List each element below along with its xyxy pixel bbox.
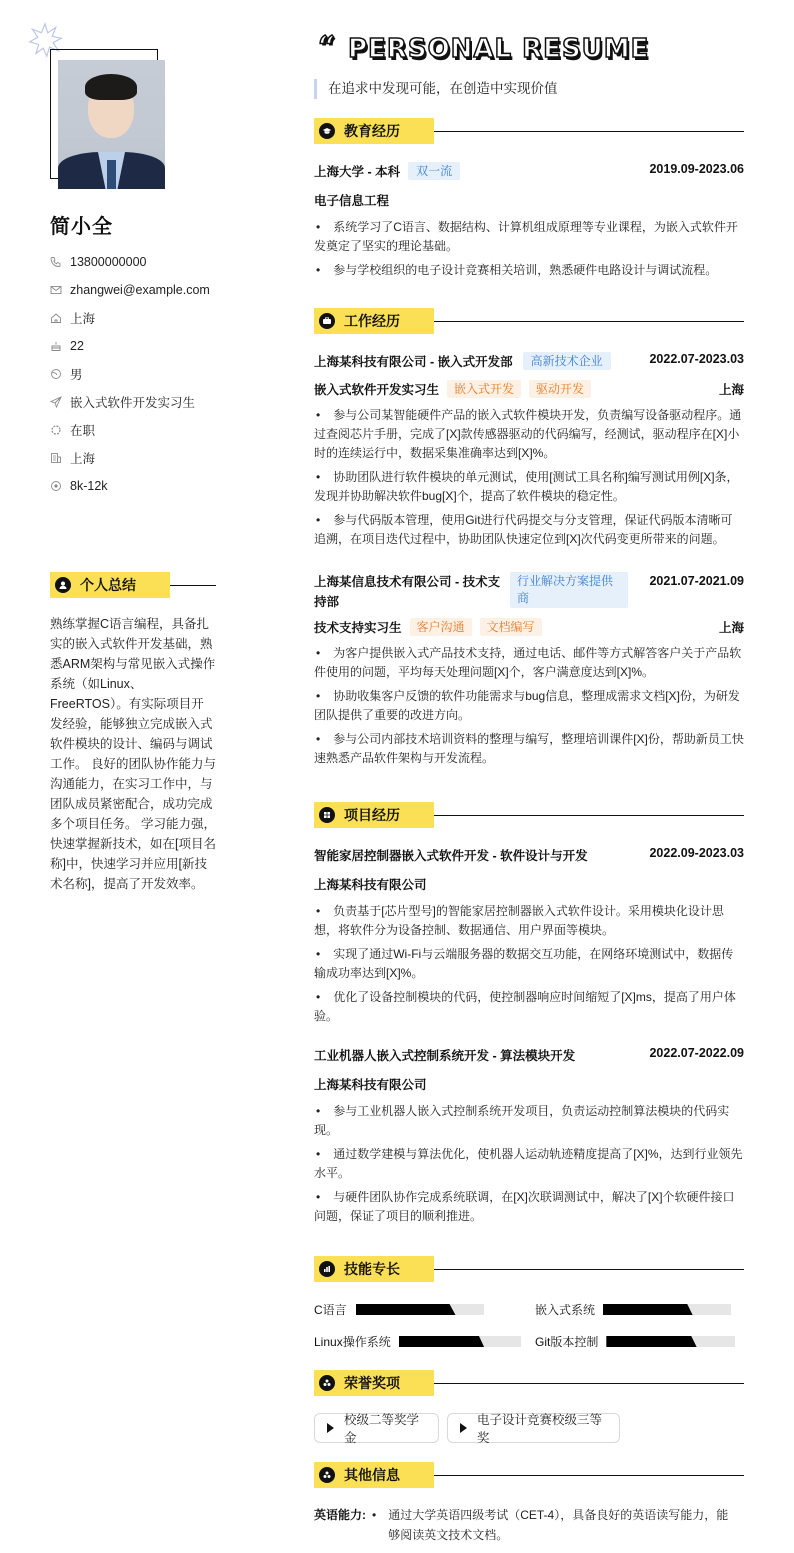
role-title: 嵌入式软件开发实习生 <box>314 380 439 398</box>
candidate-name: 简小全 <box>50 210 113 239</box>
project-date: 2022.09-2023.03 <box>649 846 744 860</box>
project-entry: 智能家居控制器嵌入式软件开发 - 软件设计与开发 2022.09-2023.03… <box>314 846 744 1031</box>
award-label: 校级二等奖学金 <box>344 1410 426 1446</box>
bullet-item: 参与学校组织的电子设计竞赛相关培训，熟悉硬件电路设计与调试流程。 <box>314 261 744 280</box>
briefcase-icon <box>319 313 335 329</box>
other-info-item: 英语能力: • 通过大学英语四级考试（CET-4），具备良好的英语读写能力，能够… <box>314 1505 744 1545</box>
section-title: 技能专长 <box>344 1259 400 1279</box>
user-icon <box>55 577 71 593</box>
skill-item: Git版本控制 <box>535 1333 735 1350</box>
skill-bar-fill <box>356 1304 456 1315</box>
section-header-awards: 荣誉奖项 <box>314 1370 744 1396</box>
section-header-other: 其他信息 <box>314 1462 744 1488</box>
award-chip: 电子设计竞赛校级三等奖 <box>447 1413 620 1443</box>
contact-info-list: 13800000000 zhangwei@example.com 上海 22 男… <box>50 248 210 500</box>
bullet-item: 优化了设备控制模块的代码，使控制器响应时间缩短了[X]ms，提高了用户体验。 <box>314 988 744 1026</box>
skill-bar <box>356 1304 484 1315</box>
role-title: 技术支持实习生 <box>314 618 402 636</box>
other-info-value: 通过大学英语四级考试（CET-4），具备良好的英语读写能力，能够阅读英文技术文档… <box>388 1505 738 1545</box>
bullet-item: 参与公司某智能硬件产品的嵌入式软件模块开发，负责编写设备驱动程序。通过查阅芯片手… <box>314 406 744 463</box>
info-city: 上海 <box>50 444 210 472</box>
role-tag: 文档编写 <box>480 618 542 636</box>
skill-bar <box>399 1336 521 1347</box>
info-phone: 13800000000 <box>50 248 210 276</box>
play-triangle-icon <box>327 1423 334 1433</box>
info-status: 在职 <box>50 416 210 444</box>
bullet-item: 通过数学建模与算法优化，使机器人运动轨迹精度提高了[X]%，达到行业领先水平。 <box>314 1145 744 1183</box>
bullet-item: 与硬件团队协作完成系统联调，在[X]次联调测试中，解决了[X]个软硬件接口问题，… <box>314 1188 744 1226</box>
section-header-education: 教育经历 <box>314 118 744 144</box>
info-home: 上海 <box>50 304 210 332</box>
home-icon <box>50 312 62 324</box>
skill-name: Git版本控制 <box>535 1333 598 1350</box>
divider <box>434 1383 744 1384</box>
bullet-item: 协助收集客户反馈的软件功能需求与bug信息，整理成需求文档[X]份，为研发团队提… <box>314 687 744 725</box>
skill-item: C语言 <box>314 1301 484 1318</box>
page-title: PERSONAL RESUME <box>348 34 649 64</box>
section-title: 工作经历 <box>344 311 400 331</box>
play-triangle-icon <box>460 1423 467 1433</box>
company-tag: 高新技术企业 <box>523 352 611 370</box>
bullet-item: 参与公司内部技术培训资料的整理与编写，整理培训课件[X]份，帮助新员工快速熟悉产… <box>314 730 744 768</box>
section-header-projects: 项目经历 <box>314 802 744 828</box>
divider <box>434 1269 744 1270</box>
project-company: 上海某科技有限公司 <box>314 1075 427 1093</box>
info-salary: 8k-12k <box>50 472 210 500</box>
info-value: zhangwei@example.com <box>70 283 210 297</box>
info-value: 上海 <box>70 309 95 327</box>
summary-text: 熟练掌握C语言编程，具备扎实的嵌入式软件开发基础，熟悉ARM架构与常见嵌入式操作… <box>50 614 216 894</box>
bullet-dot: • <box>372 1505 376 1545</box>
slogan: 在追求中发现可能，在创造中实现价值 <box>314 79 558 99</box>
info-gender: 男 <box>50 360 210 388</box>
work-entry: 上海某信息技术有限公司 - 技术支持部行业解决方案提供商 2021.07-202… <box>314 572 744 773</box>
section-title: 荣誉奖项 <box>344 1373 400 1393</box>
award-icon <box>319 1375 335 1391</box>
bullet-item: 协助团队进行软件模块的单元测试，使用[测试工具名称]编写测试用例[X]条，发现并… <box>314 468 744 506</box>
salary-icon <box>50 480 62 492</box>
section-header-summary: 个人总结 <box>50 572 216 598</box>
divider <box>434 1475 744 1476</box>
project-name: 智能家居控制器嵌入式软件开发 - 软件设计与开发 <box>314 846 588 864</box>
project-entry: 工业机器人嵌入式控制系统开发 - 算法模块开发 2022.07-2022.09 … <box>314 1046 744 1231</box>
section-title: 个人总结 <box>80 575 136 595</box>
send-icon <box>50 396 62 408</box>
skill-bar-fill <box>606 1336 696 1347</box>
building-icon <box>50 452 62 464</box>
divider <box>434 321 744 322</box>
major: 电子信息工程 <box>314 191 389 209</box>
award-chip: 校级二等奖学金 <box>314 1413 439 1443</box>
divider <box>434 131 744 132</box>
education-entry: 上海大学 - 本科双一流 2019.09-2023.06 电子信息工程 系统学习… <box>314 162 744 285</box>
info-value: 男 <box>70 365 83 383</box>
section-title: 项目经历 <box>344 805 400 825</box>
info-value: 在职 <box>70 421 95 439</box>
skill-item: Linux操作系统 <box>314 1333 521 1350</box>
status-icon <box>50 424 62 436</box>
section-title: 其他信息 <box>344 1465 400 1485</box>
work-date: 2022.07-2023.03 <box>649 352 744 366</box>
skill-name: 嵌入式系统 <box>535 1301 595 1318</box>
mail-icon <box>50 284 62 296</box>
avatar <box>58 60 165 189</box>
divider <box>170 585 216 586</box>
info-email: zhangwei@example.com <box>50 276 210 304</box>
other-info-key: 英语能力: <box>314 1505 366 1545</box>
gender-icon <box>50 368 62 380</box>
work-location: 上海 <box>719 380 744 398</box>
bullet-item: 实现了通过Wi-Fi与云端服务器的数据交互功能，在网络环境测试中，数据传输成功率… <box>314 945 744 983</box>
title-quote-mark: “ <box>318 30 335 65</box>
project-company: 上海某科技有限公司 <box>314 875 427 893</box>
divider <box>434 815 744 816</box>
info-value: 13800000000 <box>70 255 146 269</box>
graduation-cap-icon <box>319 123 335 139</box>
award-label: 电子设计竞赛校级三等奖 <box>477 1410 607 1446</box>
role-tag: 驱动开发 <box>529 380 591 398</box>
role-tag: 客户沟通 <box>410 618 472 636</box>
company-name: 上海某信息技术有限公司 - 技术支持部 <box>314 572 502 612</box>
bar-chart-icon <box>319 1261 335 1277</box>
skill-bar <box>603 1304 731 1315</box>
skill-bar <box>606 1336 735 1347</box>
phone-icon <box>50 256 62 268</box>
info-position: 嵌入式软件开发实习生 <box>50 388 210 416</box>
bullet-item: 参与工业机器人嵌入式控制系统开发项目，负责运动控制算法模块的代码实现。 <box>314 1102 744 1140</box>
skill-bar-fill <box>399 1336 484 1347</box>
skill-item: 嵌入式系统 <box>535 1301 731 1318</box>
skill-bar-fill <box>603 1304 693 1315</box>
bullet-item: 系统学习了C语言、数据结构、计算机组成原理等专业课程，为嵌入式软件开发奠定了坚实… <box>314 218 744 256</box>
info-cluster-icon <box>319 1467 335 1483</box>
info-value: 22 <box>70 339 84 353</box>
bullet-item: 负责基于[芯片型号]的智能家居控制器嵌入式软件设计。采用模块化设计思想，将软件分… <box>314 902 744 940</box>
company-tag: 行业解决方案提供商 <box>510 572 628 608</box>
section-header-work: 工作经历 <box>314 308 744 334</box>
work-location: 上海 <box>719 618 744 636</box>
company-name: 上海某科技有限公司 - 嵌入式开发部 <box>314 352 513 370</box>
work-date: 2021.07-2021.09 <box>649 572 744 590</box>
work-entry: 上海某科技有限公司 - 嵌入式开发部高新技术企业 2022.07-2023.03… <box>314 352 744 554</box>
bullet-item: 参与代码版本管理，使用Git进行代码提交与分支管理，保证代码版本清晰可追溯，在项… <box>314 511 744 549</box>
info-value: 嵌入式软件开发实习生 <box>70 393 195 411</box>
school-name: 上海大学 - 本科 <box>314 162 400 180</box>
skill-name: C语言 <box>314 1301 347 1318</box>
info-value: 8k-12k <box>70 479 108 493</box>
section-header-skills: 技能专长 <box>314 1256 744 1282</box>
info-age: 22 <box>50 332 210 360</box>
info-value: 上海 <box>70 449 95 467</box>
education-date: 2019.09-2023.06 <box>649 162 744 176</box>
cake-icon <box>50 340 62 352</box>
role-tag: 嵌入式开发 <box>447 380 521 398</box>
section-title: 教育经历 <box>344 121 400 141</box>
project-date: 2022.07-2022.09 <box>649 1046 744 1060</box>
bullet-item: 为客户提供嵌入式产品技术支持，通过电话、邮件等方式解答客户关于产品软件使用的问题… <box>314 644 744 682</box>
school-tag: 双一流 <box>408 162 460 180</box>
grid-icon <box>319 807 335 823</box>
skill-name: Linux操作系统 <box>314 1333 391 1350</box>
project-name: 工业机器人嵌入式控制系统开发 - 算法模块开发 <box>314 1046 575 1064</box>
